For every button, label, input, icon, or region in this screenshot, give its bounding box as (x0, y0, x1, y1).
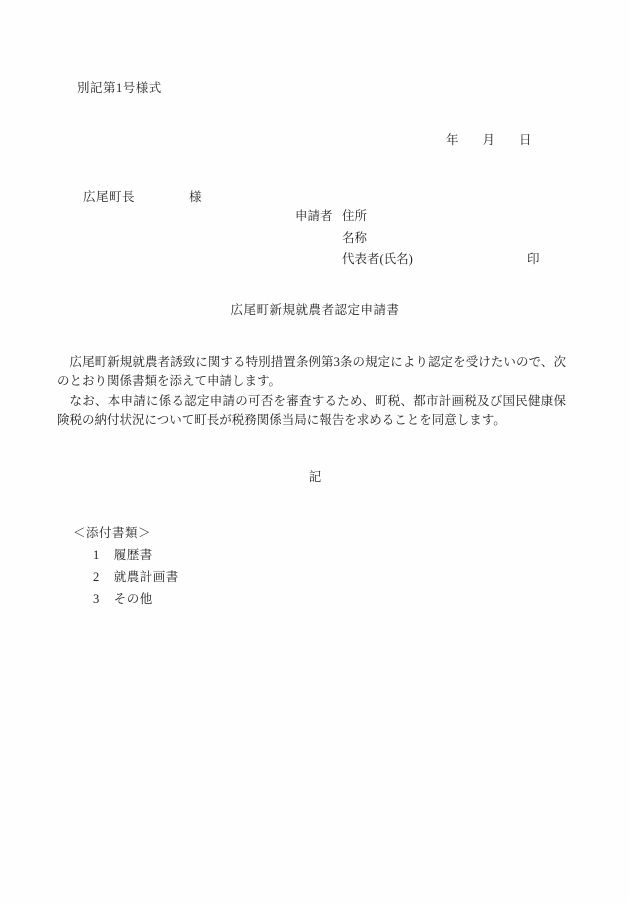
attachment-item-number: 3 (93, 592, 100, 614)
date-year-label: 年 (446, 133, 459, 148)
attachment-item-number: 1 (93, 548, 100, 570)
applicant-representative-label: 代表者(氏名) (342, 252, 413, 267)
document-page: 別記第1号様式 年 月 日 広尾町長 様 申請者 住所 名称 代表者(氏名) 印… (0, 0, 630, 903)
attachment-item-number: 2 (93, 570, 100, 592)
attachment-item: 3 その他 (93, 592, 179, 614)
seal-mark: 印 (527, 252, 540, 267)
addressee-honorific: 様 (189, 190, 202, 205)
attachment-item-label: 就農計画書 (114, 570, 179, 592)
attachments-heading: ＜添付書類＞ (73, 526, 179, 548)
addressee-line: 広尾町長 様 (83, 190, 202, 205)
body-text: 広尾町新規就農者誘致に関する特別措置条例第3条の規定により認定を受けたいので、次… (57, 353, 566, 431)
applicant-address-label: 住所 (342, 209, 367, 224)
applicant-representative-row: 代表者(氏名) (295, 252, 413, 274)
body-paragraph-2: なお、本申請に係る認定申請の可否を審査するため、町税、都市計画税及び国民健康保険… (57, 392, 566, 431)
attachments-section: ＜添付書類＞ 1 履歴書 2 就農計画書 3 その他 (73, 526, 179, 614)
applicant-address-row: 申請者 住所 (295, 209, 413, 231)
form-number: 別記第1号様式 (77, 81, 162, 96)
applicant-name-row: 名称 (295, 231, 413, 253)
attachment-item-label: その他 (114, 592, 153, 614)
attachment-item: 2 就農計画書 (93, 570, 179, 592)
attachment-item-label: 履歴書 (114, 548, 153, 570)
applicant-label: 申請者 (295, 209, 342, 224)
date-line: 年 月 日 (446, 133, 532, 148)
date-month-label: 月 (483, 133, 496, 148)
attachment-item: 1 履歴書 (93, 548, 179, 570)
body-paragraph-1: 広尾町新規就農者誘致に関する特別措置条例第3条の規定により認定を受けたいので、次… (57, 353, 566, 392)
addressee-name: 広尾町長 (83, 190, 135, 205)
record-marker: 記 (0, 470, 630, 485)
document-title: 広尾町新規就農者認定申請書 (0, 303, 630, 318)
applicant-name-label: 名称 (342, 231, 367, 246)
applicant-block: 申請者 住所 名称 代表者(氏名) (295, 209, 413, 274)
date-day-label: 日 (519, 133, 532, 148)
